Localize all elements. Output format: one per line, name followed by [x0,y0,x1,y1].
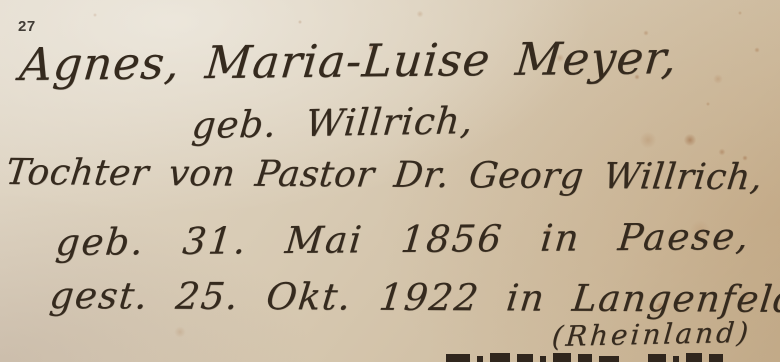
letter-top-fragment [648,354,666,362]
letter-top-fragment [446,354,470,362]
letter-top-fragment [709,354,723,362]
letter-top-fragment [517,354,533,362]
letter-top-fragment [477,356,483,362]
handwritten-region-line: (Rheinland) [551,316,753,353]
handwritten-parentage-line: Tochter von Pastor Dr. Georg Willrich, [4,152,765,198]
handwritten-document-photo: 27 Agnes, Maria-Luise Meyer, geb. Willri… [0,0,780,362]
letter-top-fragment [599,356,619,362]
page-number: 27 [18,18,36,35]
handwritten-death-date-line: gest. 25. Okt. 1922 in Langenfeld [48,274,780,321]
handwritten-birth-date-line: geb. 31. Mai 1856 in Paese, [54,215,752,264]
letter-top-fragment [540,356,546,362]
letter-top-fragment [578,354,592,362]
handwritten-birth-name-line: geb. Willrich, [190,99,475,147]
letter-top-fragment [553,353,571,362]
cut-off-printed-text-fragment [446,353,766,362]
handwritten-name-line: Agnes, Maria-Luise Meyer, [17,31,679,91]
letter-top-fragment [686,353,702,362]
letter-top-fragment [490,353,510,362]
letter-top-fragment [673,356,679,362]
